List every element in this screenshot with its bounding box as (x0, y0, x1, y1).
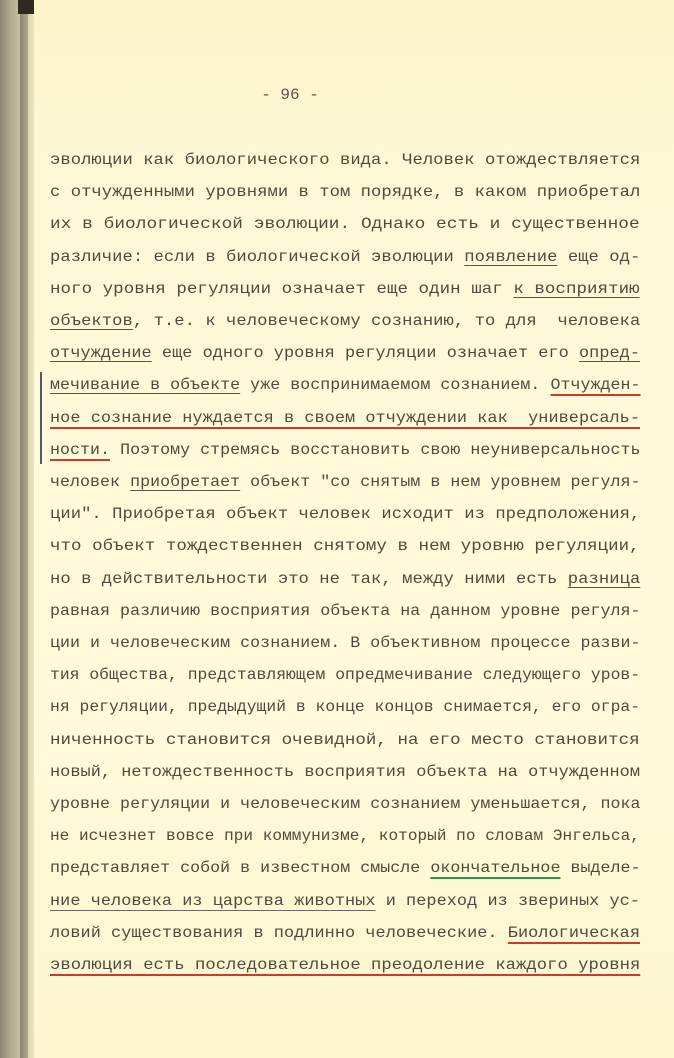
text-line: ниченность становится очевидной, на его … (50, 730, 640, 750)
text-line: но в действительности это не так, между … (50, 569, 640, 589)
text-line: не исчезнет вовсе при коммунизме, которы… (50, 826, 640, 846)
text-line: ности. Поэтому стремясь восстановить сво… (50, 440, 641, 460)
underlined-text: Отчужден- (550, 376, 640, 394)
text-segment: равная различию восприятия объекта на да… (50, 602, 641, 620)
text-segment: ции и человеческим сознанием. В объектив… (50, 634, 641, 652)
margin-annotation-line (40, 372, 42, 464)
underlined-text: к восприятию (513, 280, 639, 298)
text-line: тия общества, представляющем опредмечива… (50, 665, 640, 685)
text-line: ного уровня регуляции означает еще один … (50, 279, 640, 299)
text-segment: еще од- (557, 248, 640, 266)
text-segment: , т.е. к человеческому сознанию, то для … (133, 312, 640, 330)
text-line: эволюция есть последовательное преодолен… (50, 955, 640, 975)
text-line: их в биологической эволюции. Однако есть… (50, 214, 640, 234)
text-segment: тия общества, представляющем опредмечива… (50, 666, 640, 684)
text-line: мечивание в объекте уже воспринимаемом с… (50, 375, 641, 395)
underlined-text: окончательное (430, 859, 560, 877)
text-segment: ного уровня регуляции означает еще один … (50, 280, 513, 298)
text-line: представляет собой в известном смысле ок… (50, 858, 641, 878)
scan-corner (18, 0, 34, 14)
text-line: уровне регуляции и человеческим сознание… (50, 794, 641, 814)
text-line: объектов, т.е. к человеческому сознанию,… (50, 311, 640, 331)
text-segment: с отчужденными уровнями в том порядке, в… (50, 183, 640, 201)
underlined-text: ние человека из царства животных (50, 892, 376, 910)
binding-edge (20, 0, 28, 1058)
text-segment: объект "со снятым в нем уровнем регуля- (240, 473, 640, 491)
text-line: ции". Приобретая объект человек исходит … (50, 504, 640, 524)
page-number: - 96 - (250, 86, 330, 104)
text-line: отчуждение еще одного уровня регуляции о… (50, 343, 640, 363)
text-line: ня регуляции, предыдущий в конце концов … (50, 697, 640, 717)
text-line: различие: если в биологической эволюции … (50, 247, 640, 267)
underlined-text: ное сознание нуждается в своем отчуждени… (50, 409, 640, 427)
text-line: эволюции как биологического вида. Челове… (50, 150, 640, 170)
text-segment: представляет собой в известном смысле (50, 859, 430, 877)
text-segment: не исчезнет вовсе при коммунизме, которы… (50, 827, 640, 845)
text-line: ции и человеческим сознанием. В объектив… (50, 633, 641, 653)
text-line: ние человека из царства животных и перех… (50, 891, 640, 911)
book-spine-shadow (0, 0, 34, 1058)
text-segment: эволюции как биологического вида. Челове… (50, 151, 640, 169)
text-line: равная различию восприятия объекта на да… (50, 601, 641, 621)
text-line: человек приобретает объект "со снятым в … (50, 472, 641, 492)
text-segment: различие: если в биологической эволюции (50, 248, 464, 266)
underlined-text: объектов (50, 312, 133, 330)
text-segment: Поэтому стремясь восстановить свою неуни… (110, 441, 640, 459)
underlined-text: Биологическая (508, 924, 640, 942)
underlined-text: появление (464, 248, 557, 266)
text-line: с отчужденными уровнями в том порядке, в… (50, 182, 640, 202)
underlined-text: эволюция есть последовательное преодолен… (50, 956, 640, 974)
document-page: - 96 - эволюции как биологического вида.… (0, 0, 674, 1058)
underlined-text: разница (568, 570, 640, 588)
text-segment: что объект тождественнен снятому в нем у… (50, 537, 640, 555)
text-segment: их в биологической эволюции. Однако есть… (50, 215, 640, 233)
underlined-text: отчуждение (50, 344, 152, 362)
text-segment: уровне регуляции и человеческим сознание… (50, 795, 641, 813)
text-segment: ниченность становится очевидной, на его … (50, 731, 640, 749)
text-line: ное сознание нуждается в своем отчуждени… (50, 408, 640, 428)
text-segment: и переход из звериных ус- (376, 892, 641, 910)
text-segment: ции". Приобретая объект человек исходит … (50, 505, 640, 523)
text-line: новый, нетождественность восприятия объе… (50, 762, 640, 782)
text-segment: ловий существования в подлинно человечес… (50, 924, 508, 942)
text-line: что объект тождественнен снятому в нем у… (50, 536, 640, 556)
underlined-text: приобретает (130, 473, 240, 491)
text-segment: уже воспринимаемом сознанием. (240, 376, 550, 394)
text-segment: ня регуляции, предыдущий в конце концов … (50, 698, 640, 716)
underlined-text: опред- (579, 344, 640, 362)
text-line: ловий существования в подлинно человечес… (50, 923, 640, 943)
text-segment: еще одного уровня регуляции означает его (152, 344, 579, 362)
text-segment: но в действительности это не так, между … (50, 570, 568, 588)
text-segment: человек (50, 473, 130, 491)
text-segment: новый, нетождественность восприятия объе… (50, 763, 640, 781)
underlined-text: ности. (50, 441, 110, 459)
underlined-text: мечивание в объекте (50, 376, 240, 394)
text-segment: выделе- (560, 859, 640, 877)
